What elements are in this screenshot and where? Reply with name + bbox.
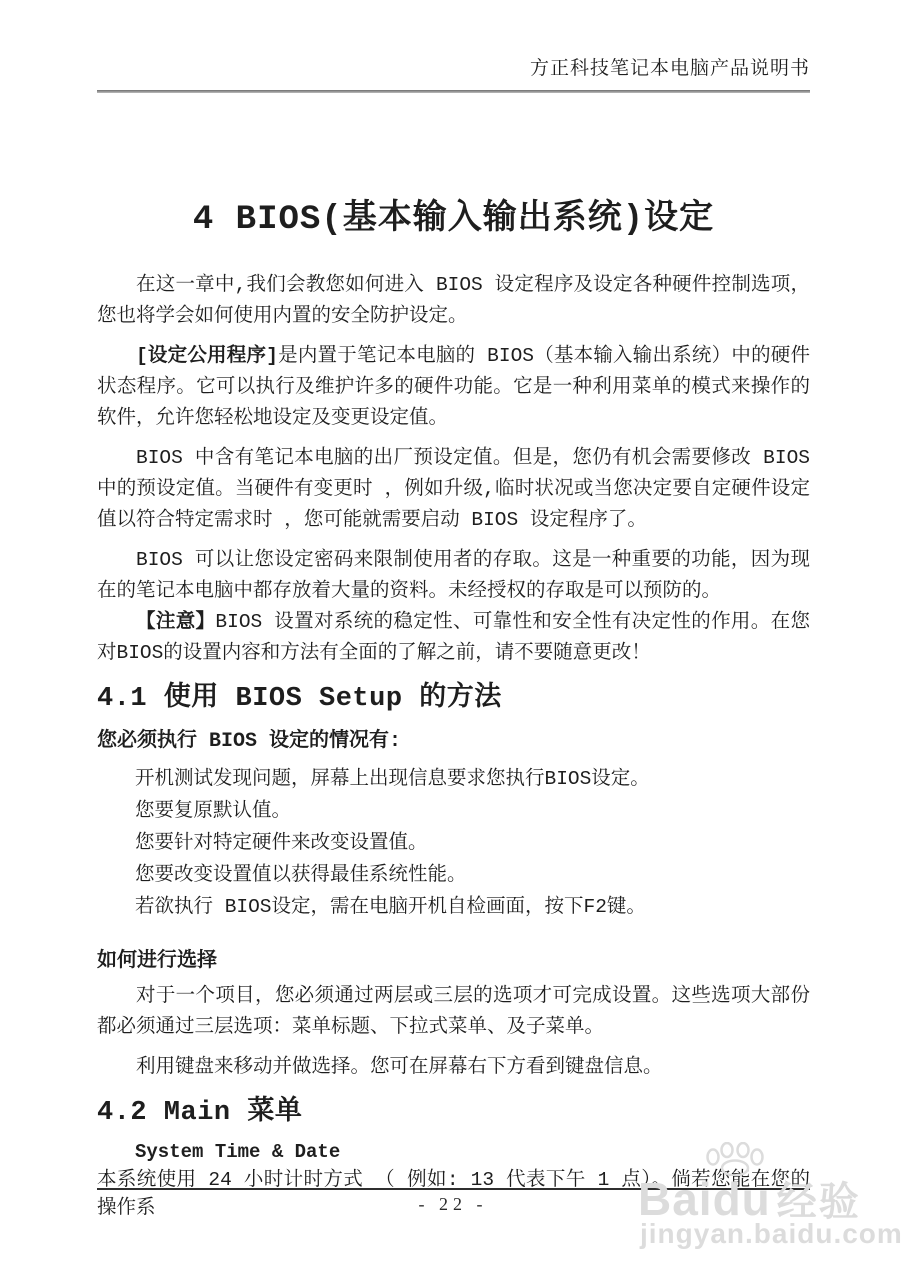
list-item: 您要针对特定硬件来改变设置值。 [97, 827, 810, 859]
watermark-url: jingyan.baidu.com [640, 1218, 903, 1250]
page-number: - 22 - [0, 1194, 906, 1215]
intro-paragraph-2: [设定公用程序]是内置于笔记本电脑的 BIOS（基本输入输出系统）中的硬件状态程… [97, 341, 810, 434]
note-paragraph: 【注意】BIOS 设置对系统的稳定性、可靠性和安全性有决定性的作用。在您对BIO… [97, 607, 810, 669]
bios-when-heading: 您必须执行 BIOS 设定的情况有: [97, 729, 810, 755]
intro-paragraph-4: BIOS 可以让您设定密码来限制使用者的存取。这是一种重要的功能，因为现在的笔记… [97, 545, 810, 607]
header-doc-title: 方正科技笔记本电脑产品说明书 [97, 57, 810, 81]
setup-utility-lead: [设定公用程序] [136, 345, 278, 367]
footer-rule [97, 1188, 810, 1190]
intro-paragraph-3: BIOS 中含有笔记本电脑的出厂预设定值。但是，您仍有机会需要修改 BIOS 中… [97, 443, 810, 536]
note-label: 【注意】 [136, 611, 215, 633]
header-rule [97, 90, 810, 93]
section-4-1-title: 4.1 使用 BIOS Setup 的方法 [97, 681, 810, 717]
chapter-title: 4 BIOS(基本输入输出系统)设定 [97, 200, 810, 240]
list-item: 您要复原默认值。 [97, 795, 810, 827]
intro-paragraph-1: 在这一章中,我们会教您如何进入 BIOS 设定程序及设定各种硬件控制选项，您也将… [97, 270, 810, 332]
page-content: 4 BIOS(基本输入输出系统)设定 在这一章中,我们会教您如何进入 BIOS … [97, 96, 810, 1222]
list-item: 您要改变设置值以获得最佳系统性能。 [97, 859, 810, 891]
page-header: 方正科技笔记本电脑产品说明书 [97, 0, 810, 93]
choose-paragraph-2: 利用键盘来移动并做选择。您可在屏幕右下方看到键盘信息。 [97, 1052, 810, 1083]
section-4-2-title: 4.2 Main 菜单 [97, 1095, 810, 1131]
choose-paragraph-1: 对于一个项目，您必须通过两层或三层的选项才可完成设置。这些选项大部份都必须通过三… [97, 981, 810, 1043]
manual-page: 方正科技笔记本电脑产品说明书 4 BIOS(基本输入输出系统)设定 在这一章中,… [0, 0, 906, 1280]
how-to-choose-heading: 如何进行选择 [97, 949, 810, 975]
list-item: 若欲执行 BIOS设定，需在电脑开机自检画面，按下F2键。 [97, 891, 810, 923]
list-item: 开机测试发现问题，屏幕上出现信息要求您执行BIOS设定。 [97, 763, 810, 795]
system-time-date-heading: System Time & Date [97, 1139, 810, 1166]
bios-case-list: 开机测试发现问题，屏幕上出现信息要求您执行BIOS设定。 您要复原默认值。 您要… [97, 763, 810, 923]
